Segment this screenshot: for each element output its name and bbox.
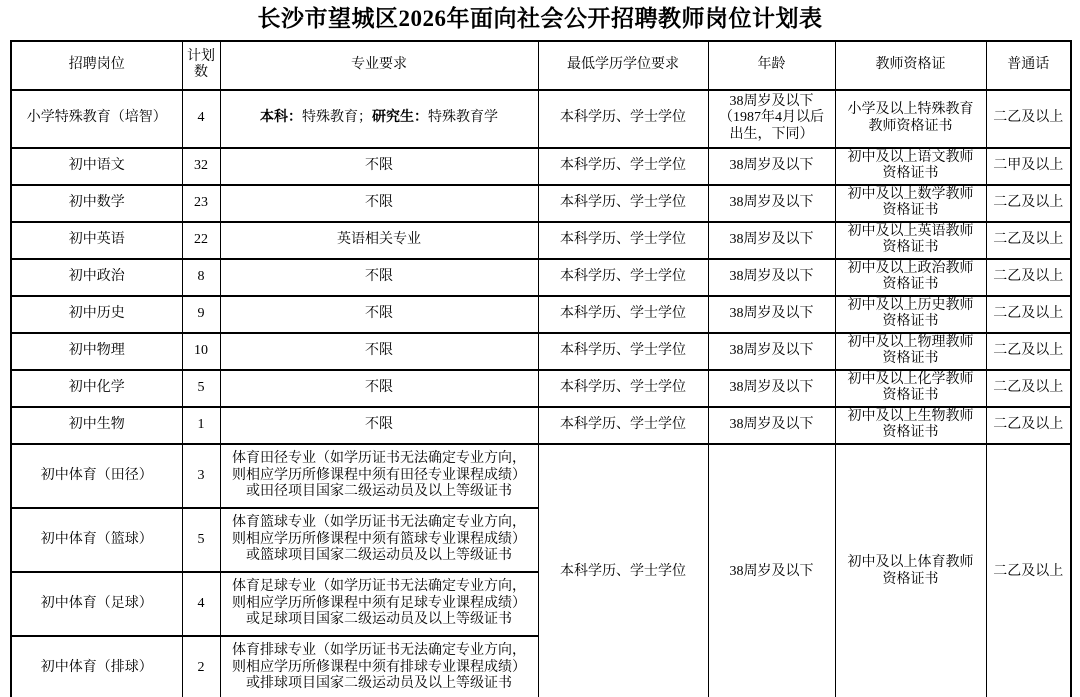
cell-position: 初中生物 xyxy=(11,407,182,444)
table-row: 初中物理10不限本科学历、学士学位38周岁及以下初中及以上物理教师资格证书二乙及… xyxy=(11,333,1071,370)
major-segment: 特殊教育学 xyxy=(428,110,498,125)
cell-position: 初中数学 xyxy=(11,185,182,222)
cell-count: 3 xyxy=(182,444,220,508)
table-row: 初中数学23不限本科学历、学士学位38周岁及以下初中及以上数学教师资格证书二乙及… xyxy=(11,185,1071,222)
cell-position: 初中体育（足球） xyxy=(11,572,182,636)
cell-certificate: 初中及以上历史教师资格证书 xyxy=(835,296,986,333)
cell-education: 本科学历、学士学位 xyxy=(538,148,708,185)
cell-major: 不限 xyxy=(220,407,538,444)
cell-age: 38周岁及以下 xyxy=(708,370,835,407)
cell-position: 小学特殊教育（培智） xyxy=(11,90,182,148)
major-segment: 特殊教育； xyxy=(302,110,372,125)
cell-major: 不限 xyxy=(220,370,538,407)
cell-age: 38周岁及以下 xyxy=(708,333,835,370)
cell-education: 本科学历、学士学位 xyxy=(538,185,708,222)
recruitment-plan-table: 招聘岗位 计划数 专业要求 最低学历学位要求 年龄 教师资格证 普通话 小学特殊… xyxy=(10,40,1072,697)
header-count: 计划数 xyxy=(182,41,220,90)
cell-education: 本科学历、学士学位 xyxy=(538,444,708,697)
cell-position: 初中政治 xyxy=(11,259,182,296)
cell-mandarin: 二乙及以上 xyxy=(986,444,1071,697)
table-row: 初中英语22英语相关专业本科学历、学士学位38周岁及以下初中及以上英语教师资格证… xyxy=(11,222,1071,259)
cell-count: 32 xyxy=(182,148,220,185)
table-row: 初中历史9不限本科学历、学士学位38周岁及以下初中及以上历史教师资格证书二乙及以… xyxy=(11,296,1071,333)
cell-major: 不限 xyxy=(220,296,538,333)
cell-age: 38周岁及以下 xyxy=(708,259,835,296)
major-segment-bold: 研究生： xyxy=(372,110,428,125)
header-certificate: 教师资格证 xyxy=(835,41,986,90)
cell-certificate: 初中及以上生物教师资格证书 xyxy=(835,407,986,444)
cell-position: 初中英语 xyxy=(11,222,182,259)
cell-certificate: 初中及以上语文教师资格证书 xyxy=(835,148,986,185)
cell-education: 本科学历、学士学位 xyxy=(538,296,708,333)
cell-position: 初中体育（排球） xyxy=(11,636,182,697)
cell-major: 不限 xyxy=(220,148,538,185)
table-body: 小学特殊教育（培智）4本科：特殊教育；研究生：特殊教育学本科学历、学士学位38周… xyxy=(11,90,1071,697)
cell-education: 本科学历、学士学位 xyxy=(538,333,708,370)
cell-major: 英语相关专业 xyxy=(220,222,538,259)
table-row: 初中化学5不限本科学历、学士学位38周岁及以下初中及以上化学教师资格证书二乙及以… xyxy=(11,370,1071,407)
page: 长沙市望城区2026年面向社会公开招聘教师岗位计划表 招聘岗位 计划数 专业要求… xyxy=(0,0,1080,697)
table-row: 小学特殊教育（培智）4本科：特殊教育；研究生：特殊教育学本科学历、学士学位38周… xyxy=(11,90,1071,148)
table-row: 初中体育（田径）3体育田径专业（如学历证书无法确定专业方向，则相应学历所修课程中… xyxy=(11,444,1071,508)
table-header-row: 招聘岗位 计划数 专业要求 最低学历学位要求 年龄 教师资格证 普通话 xyxy=(11,41,1071,90)
cell-major: 体育足球专业（如学历证书无法确定专业方向，则相应学历所修课程中须有足球专业课程成… xyxy=(220,572,538,636)
cell-mandarin: 二甲及以上 xyxy=(986,148,1071,185)
cell-major: 体育田径专业（如学历证书无法确定专业方向，则相应学历所修课程中须有田径专业课程成… xyxy=(220,444,538,508)
cell-position: 初中历史 xyxy=(11,296,182,333)
cell-position: 初中语文 xyxy=(11,148,182,185)
cell-position: 初中化学 xyxy=(11,370,182,407)
cell-count: 23 xyxy=(182,185,220,222)
cell-count: 4 xyxy=(182,90,220,148)
table-row: 初中语文32不限本科学历、学士学位38周岁及以下初中及以上语文教师资格证书二甲及… xyxy=(11,148,1071,185)
cell-position: 初中体育（田径） xyxy=(11,444,182,508)
cell-position: 初中物理 xyxy=(11,333,182,370)
header-mandarin: 普通话 xyxy=(986,41,1071,90)
header-position: 招聘岗位 xyxy=(11,41,182,90)
cell-position: 初中体育（篮球） xyxy=(11,508,182,572)
cell-education: 本科学历、学士学位 xyxy=(538,370,708,407)
cell-education: 本科学历、学士学位 xyxy=(538,90,708,148)
cell-age: 38周岁及以下 xyxy=(708,185,835,222)
cell-count: 4 xyxy=(182,572,220,636)
cell-mandarin: 二乙及以上 xyxy=(986,296,1071,333)
cell-education: 本科学历、学士学位 xyxy=(538,259,708,296)
cell-age: 38周岁及以下（1987年4月以后出生，下同） xyxy=(708,90,835,148)
cell-education: 本科学历、学士学位 xyxy=(538,222,708,259)
cell-major: 不限 xyxy=(220,333,538,370)
cell-major: 体育排球专业（如学历证书无法确定专业方向，则相应学历所修课程中须有排球专业课程成… xyxy=(220,636,538,697)
cell-certificate: 初中及以上英语教师资格证书 xyxy=(835,222,986,259)
major-segment-bold: 本科： xyxy=(260,110,302,125)
cell-certificate: 初中及以上数学教师资格证书 xyxy=(835,185,986,222)
cell-count: 22 xyxy=(182,222,220,259)
cell-age: 38周岁及以下 xyxy=(708,296,835,333)
cell-age: 38周岁及以下 xyxy=(708,444,835,697)
cell-major: 本科：特殊教育；研究生：特殊教育学 xyxy=(220,90,538,148)
cell-mandarin: 二乙及以上 xyxy=(986,333,1071,370)
cell-age: 38周岁及以下 xyxy=(708,407,835,444)
cell-count: 1 xyxy=(182,407,220,444)
table-row: 初中生物1不限本科学历、学士学位38周岁及以下初中及以上生物教师资格证书二乙及以… xyxy=(11,407,1071,444)
cell-mandarin: 二乙及以上 xyxy=(986,370,1071,407)
table-row: 初中政治8不限本科学历、学士学位38周岁及以下初中及以上政治教师资格证书二乙及以… xyxy=(11,259,1071,296)
cell-mandarin: 二乙及以上 xyxy=(986,185,1071,222)
cell-count: 2 xyxy=(182,636,220,697)
cell-major: 不限 xyxy=(220,185,538,222)
page-title: 长沙市望城区2026年面向社会公开招聘教师岗位计划表 xyxy=(0,0,1080,33)
cell-count: 9 xyxy=(182,296,220,333)
cell-count: 5 xyxy=(182,508,220,572)
cell-certificate: 小学及以上特殊教育教师资格证书 xyxy=(835,90,986,148)
cell-major: 体育篮球专业（如学历证书无法确定专业方向，则相应学历所修课程中须有篮球专业课程成… xyxy=(220,508,538,572)
header-education: 最低学历学位要求 xyxy=(538,41,708,90)
header-age: 年龄 xyxy=(708,41,835,90)
cell-age: 38周岁及以下 xyxy=(708,148,835,185)
cell-certificate: 初中及以上政治教师资格证书 xyxy=(835,259,986,296)
cell-certificate: 初中及以上化学教师资格证书 xyxy=(835,370,986,407)
cell-count: 10 xyxy=(182,333,220,370)
cell-age: 38周岁及以下 xyxy=(708,222,835,259)
cell-count: 8 xyxy=(182,259,220,296)
cell-certificate: 初中及以上物理教师资格证书 xyxy=(835,333,986,370)
cell-mandarin: 二乙及以上 xyxy=(986,90,1071,148)
header-major: 专业要求 xyxy=(220,41,538,90)
cell-major: 不限 xyxy=(220,259,538,296)
cell-count: 5 xyxy=(182,370,220,407)
cell-certificate: 初中及以上体育教师资格证书 xyxy=(835,444,986,697)
cell-mandarin: 二乙及以上 xyxy=(986,222,1071,259)
cell-mandarin: 二乙及以上 xyxy=(986,407,1071,444)
cell-education: 本科学历、学士学位 xyxy=(538,407,708,444)
cell-mandarin: 二乙及以上 xyxy=(986,259,1071,296)
